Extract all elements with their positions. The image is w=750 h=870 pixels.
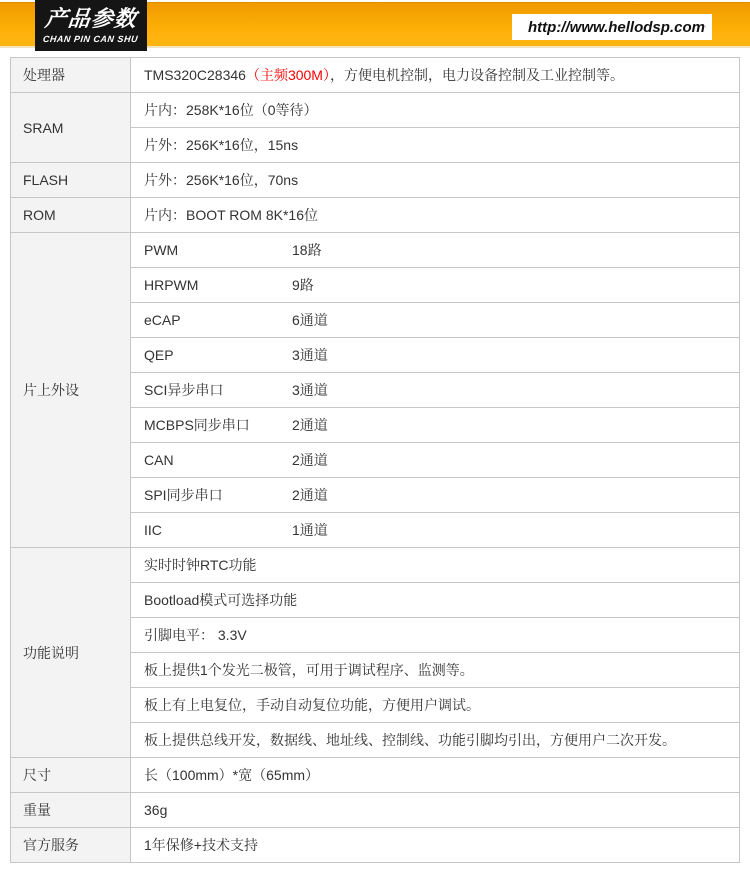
peripheral-name: PWM [144,242,292,258]
peripheral-count: 2通道 [292,417,328,433]
spec-value: 板上有上电复位，手动自动复位功能，方便用户调试。 [131,688,740,723]
spec-value: eCAP6通道 [131,303,740,338]
table-row: ROM 片内：BOOT ROM 8K*16位 [11,198,740,233]
spec-table: 处理器 TMS320C28346（主频300M），方便电机控制，电力设备控制及工… [10,57,740,863]
spec-value: 片外：256K*16位，70ns [131,163,740,198]
spec-value: 36g [131,793,740,828]
peripheral-name: eCAP [144,312,292,328]
table-row: 功能说明 实时时钟RTC功能 [11,548,740,583]
processor-description: ，方便电机控制，电力设备控制及工业控制等。 [330,67,624,83]
search-icon[interactable] [705,18,706,36]
peripheral-count: 3通道 [292,347,328,363]
spec-label-dimensions: 尺寸 [11,758,131,793]
spec-value: Bootload模式可选择功能 [131,583,740,618]
spec-label-rom: ROM [11,198,131,233]
peripheral-name: QEP [144,347,292,363]
table-row: SRAM 片内：258K*16位（0等待） [11,93,740,128]
peripheral-count: 2通道 [292,487,328,503]
spec-value: QEP3通道 [131,338,740,373]
processor-frequency-highlight: （主频300M） [246,67,330,83]
spec-value: 实时时钟RTC功能 [131,548,740,583]
spec-label-service: 官方服务 [11,828,131,863]
table-row: FLASH 片外：256K*16位，70ns [11,163,740,198]
spec-value: 1年保修+技术支持 [131,828,740,863]
peripheral-count: 6通道 [292,312,328,328]
spec-value: 板上提供1个发光二极管，可用于调试程序、监测等。 [131,653,740,688]
peripheral-count: 3通道 [292,382,328,398]
peripheral-name: CAN [144,452,292,468]
peripheral-count: 9路 [292,277,314,293]
spec-value: 引脚电平： 3.3V [131,618,740,653]
spec-label-weight: 重量 [11,793,131,828]
peripheral-count: 2通道 [292,452,328,468]
peripheral-name: SCI异步串口 [144,380,292,400]
page-title: 产品参数 [44,7,139,31]
spec-value: CAN2通道 [131,443,740,478]
spec-value: 板上提供总线开发，数据线、地址线、控制线、功能引脚均引出，方便用户二次开发。 [131,723,740,758]
processor-model: TMS320C28346 [144,67,246,83]
peripheral-name: SPI同步串口 [144,485,292,505]
spec-label-flash: FLASH [11,163,131,198]
peripheral-count: 18路 [292,242,322,258]
spec-value: HRPWM9路 [131,268,740,303]
spec-value: 片外：256K*16位，15ns [131,128,740,163]
spec-value: SPI同步串口2通道 [131,478,740,513]
peripheral-name: MCBPS同步串口 [144,415,292,435]
spec-value: 长（100mm）*宽（65mm） [131,758,740,793]
table-row: 片上外设 PWM18路 [11,233,740,268]
spec-label-features: 功能说明 [11,548,131,758]
peripheral-count: 1通道 [292,522,328,538]
search-bar[interactable]: http://www.hellodsp.com [512,14,712,40]
product-params-title-box: 产品参数 CHAN PIN CAN SHU [35,0,147,51]
table-row: 处理器 TMS320C28346（主频300M），方便电机控制，电力设备控制及工… [11,58,740,93]
spec-label-peripherals: 片上外设 [11,233,131,548]
table-row: 官方服务 1年保修+技术支持 [11,828,740,863]
peripheral-name: HRPWM [144,277,292,293]
spec-value: PWM18路 [131,233,740,268]
table-row: 尺寸 长（100mm）*宽（65mm） [11,758,740,793]
spec-value: IIC1通道 [131,513,740,548]
spec-value: 片内：BOOT ROM 8K*16位 [131,198,740,233]
peripheral-name: IIC [144,522,292,538]
spec-value: MCBPS同步串口2通道 [131,408,740,443]
spec-value: SCI异步串口3通道 [131,373,740,408]
site-url: http://www.hellodsp.com [512,19,705,36]
spec-value: 片内：258K*16位（0等待） [131,93,740,128]
table-row: 重量 36g [11,793,740,828]
spec-value-processor: TMS320C28346（主频300M），方便电机控制，电力设备控制及工业控制等… [131,58,740,93]
spec-label-processor: 处理器 [11,58,131,93]
spec-label-sram: SRAM [11,93,131,163]
page-subtitle: CHAN PIN CAN SHU [43,34,139,44]
